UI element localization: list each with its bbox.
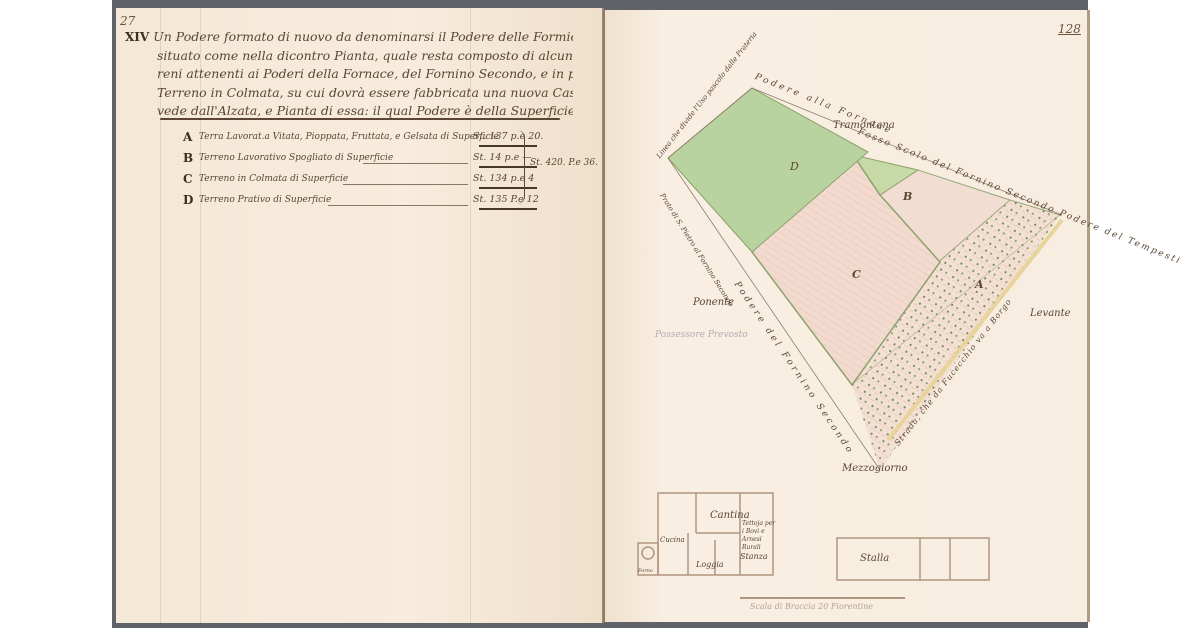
- plot-label-a: A: [975, 278, 984, 291]
- room-loggia: Loggia: [696, 560, 724, 569]
- plot-label-c: C: [852, 268, 861, 281]
- room-forno: Forno: [638, 568, 653, 574]
- room-tettoja: Tettoja per i Bovi e Arnesi Rurali: [742, 520, 776, 552]
- building-stalla: Stalla: [860, 553, 889, 564]
- estate-map: [0, 0, 1200, 628]
- compass-south: Mezzogiorno: [842, 463, 908, 474]
- room-cucina: Cucina: [660, 536, 685, 544]
- compass-east: Levante: [1030, 308, 1071, 319]
- plot-label-b: B: [903, 190, 912, 203]
- floor-plan: [638, 493, 989, 598]
- plot-label-d: D: [790, 160, 799, 173]
- faint-annotation: Possessore Prevosto: [655, 330, 748, 340]
- scale-label: Scala di Braccia 20 Fiorentine: [750, 602, 873, 611]
- room-stanza: Stanza: [740, 552, 768, 561]
